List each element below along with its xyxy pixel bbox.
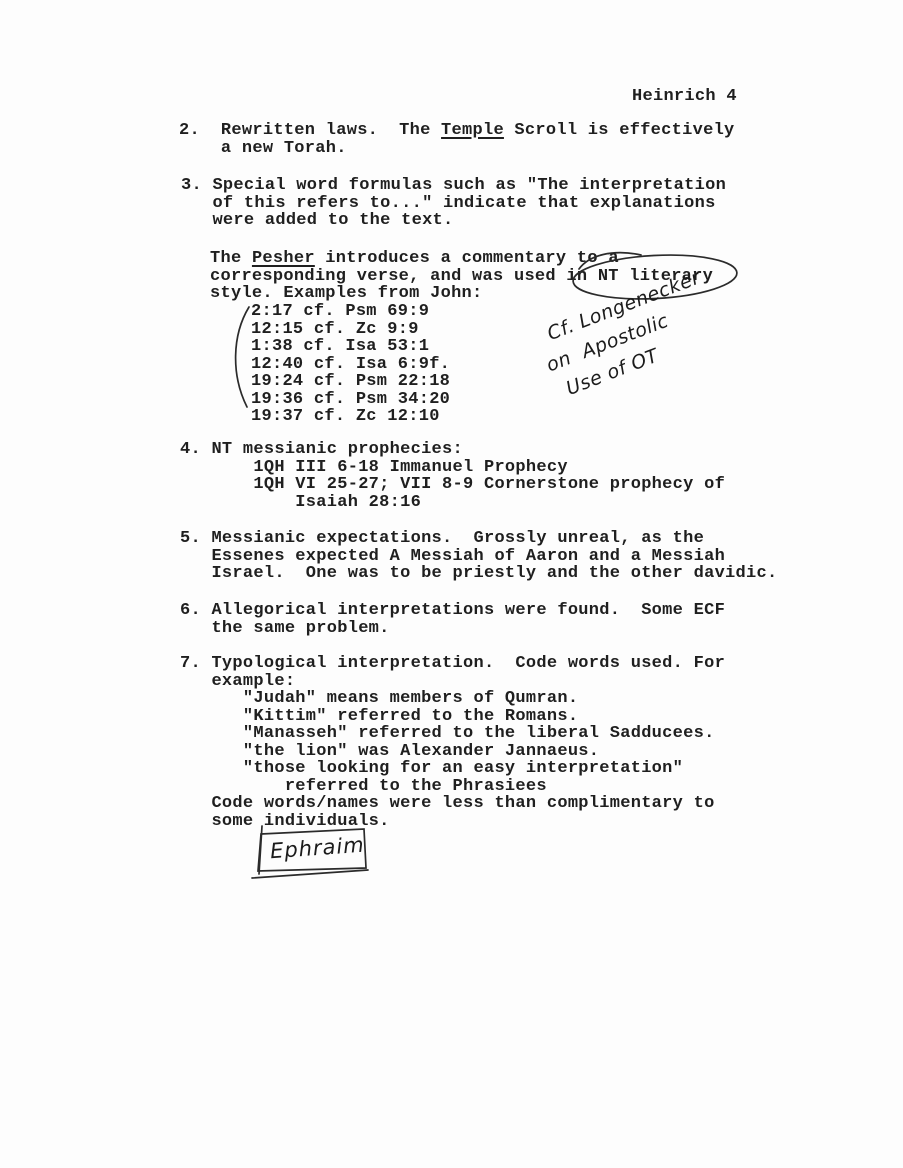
text-segment: The xyxy=(210,249,252,268)
text-line: example: xyxy=(180,673,725,691)
text-line: 4. NT messianic prophecies: xyxy=(180,441,725,459)
text-line: 7. Typological interpretation. Code word… xyxy=(180,655,725,673)
text-line: a new Torah. xyxy=(179,140,735,158)
verse-line: 19:36 cf. Psm 34:20 xyxy=(251,391,450,409)
text-line: Essenes expected A Messiah of Aaron and … xyxy=(180,548,777,566)
page-header-text: Heinrich 4 xyxy=(632,87,737,106)
page-header: Heinrich 4 xyxy=(632,87,737,106)
text-line: 6. Allegorical interpretations were foun… xyxy=(180,602,725,620)
document-page: Heinrich 4 2. Rewritten laws. The Temple… xyxy=(0,0,903,1168)
text-line: Israel. One was to be priestly and the o… xyxy=(180,565,777,583)
text-line: Isaiah 28:16 xyxy=(180,494,725,512)
text-segment: Scroll is effectively xyxy=(504,121,735,140)
text-line: "Kittim" referred to the Romans. xyxy=(180,708,725,726)
text-line: were added to the text. xyxy=(181,212,726,230)
item-2: 2. Rewritten laws. The Temple Scroll is … xyxy=(179,122,735,157)
item-6: 6. Allegorical interpretations were foun… xyxy=(180,602,725,637)
text-line: of this refers to..." indicate that expl… xyxy=(181,195,726,213)
text-line: "those looking for an easy interpretatio… xyxy=(180,760,725,778)
text-line: "Judah" means members of Qumran. xyxy=(180,690,725,708)
item-5: 5. Messianic expectations. Grossly unrea… xyxy=(180,530,777,583)
text-line: Code words/names were less than complime… xyxy=(180,795,725,813)
underlined-word: Temple xyxy=(441,121,504,140)
verse-line: 1:38 cf. Isa 53:1 xyxy=(251,338,450,356)
verse-line: 19:37 cf. Zc 12:10 xyxy=(251,408,450,426)
text-line: the same problem. xyxy=(180,620,725,638)
item-3: 3. Special word formulas such as "The in… xyxy=(181,177,726,230)
text-line: referred to the Phrasiees xyxy=(180,778,725,796)
underlined-word: Pesher xyxy=(252,249,315,268)
text-line: 3. Special word formulas such as "The in… xyxy=(181,177,726,195)
text-segment: 2. Rewritten laws. The xyxy=(179,121,441,140)
verse-line: 12:40 cf. Isa 6:9f. xyxy=(251,356,450,374)
verse-line: 19:24 cf. Psm 22:18 xyxy=(251,373,450,391)
verse-line: 2:17 cf. Psm 69:9 xyxy=(251,303,450,321)
text-line: "the lion" was Alexander Jannaeus. xyxy=(180,743,725,761)
item-7: 7. Typological interpretation. Code word… xyxy=(180,655,725,830)
text-line: 2. Rewritten laws. The Temple Scroll is … xyxy=(179,122,735,140)
text-line: 1QH III 6-18 Immanuel Prophecy xyxy=(180,459,725,477)
verse-line: 12:15 cf. Zc 9:9 xyxy=(251,321,450,339)
text-line: 1QH VI 25-27; VII 8-9 Cornerstone prophe… xyxy=(180,476,725,494)
item-4: 4. NT messianic prophecies: 1QH III 6-18… xyxy=(180,441,725,511)
text-line: "Manasseh" referred to the liberal Saddu… xyxy=(180,725,725,743)
text-line: 5. Messianic expectations. Grossly unrea… xyxy=(180,530,777,548)
bracket-annotation xyxy=(228,303,252,411)
verse-list: 2:17 cf. Psm 69:9 12:15 cf. Zc 9:9 1:38 … xyxy=(251,303,450,426)
